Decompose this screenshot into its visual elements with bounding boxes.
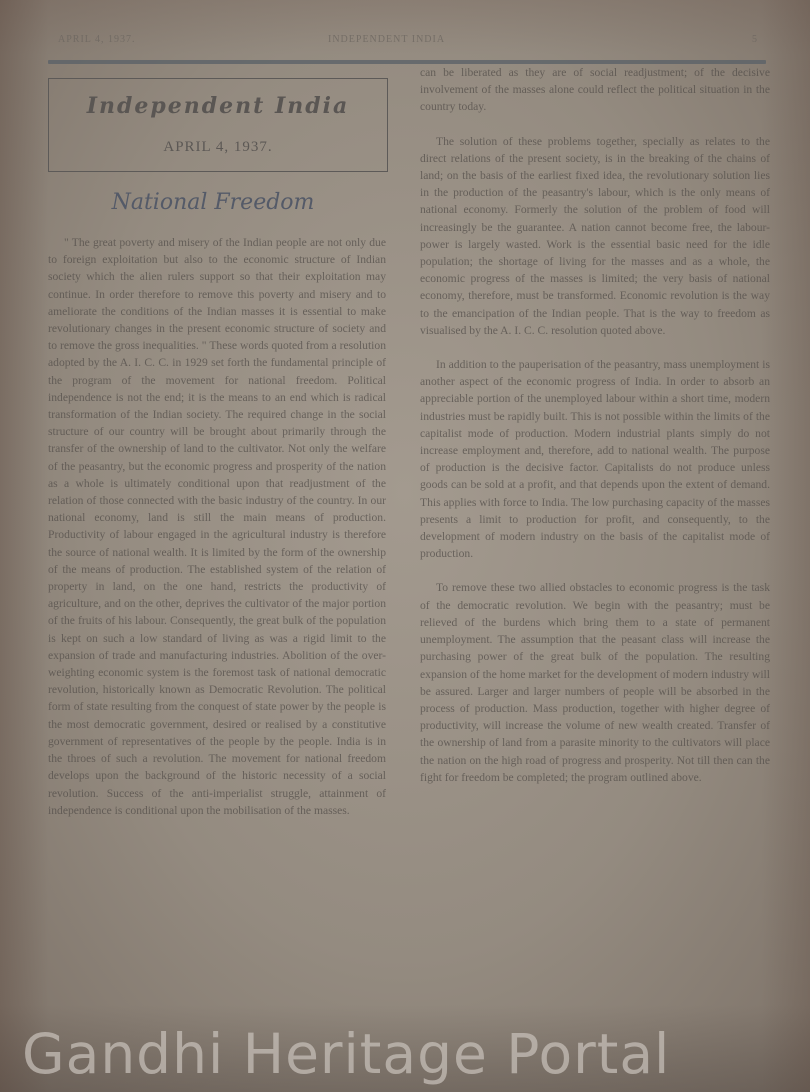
page-number: 5: [752, 34, 758, 45]
masthead-title: Independent India: [49, 93, 387, 119]
article-column-right: can be liberated as they are of social r…: [420, 64, 770, 786]
article-paragraph: To remove these two allied obstacles to …: [420, 579, 770, 785]
article-paragraph: can be liberated as they are of social r…: [420, 64, 770, 116]
watermark-text: Gandhi Heritage Portal: [22, 1022, 802, 1086]
article-column-left: " The great poverty and misery of the In…: [48, 234, 386, 819]
article-paragraph: In addition to the pauperisation of the …: [420, 356, 770, 562]
running-head-date: APRIL 4, 1937.: [58, 34, 136, 45]
running-head: APRIL 4, 1937. INDEPENDENT INDIA 5: [58, 34, 758, 50]
masthead-date: APRIL 4, 1937.: [49, 139, 387, 156]
article-paragraph: The solution of these problems together,…: [420, 133, 770, 339]
article-paragraph: " The great poverty and misery of the In…: [48, 234, 386, 819]
running-head-title: INDEPENDENT INDIA: [328, 34, 445, 45]
article-title: National Freedom: [48, 190, 378, 215]
masthead-box: Independent India APRIL 4, 1937.: [48, 78, 388, 172]
